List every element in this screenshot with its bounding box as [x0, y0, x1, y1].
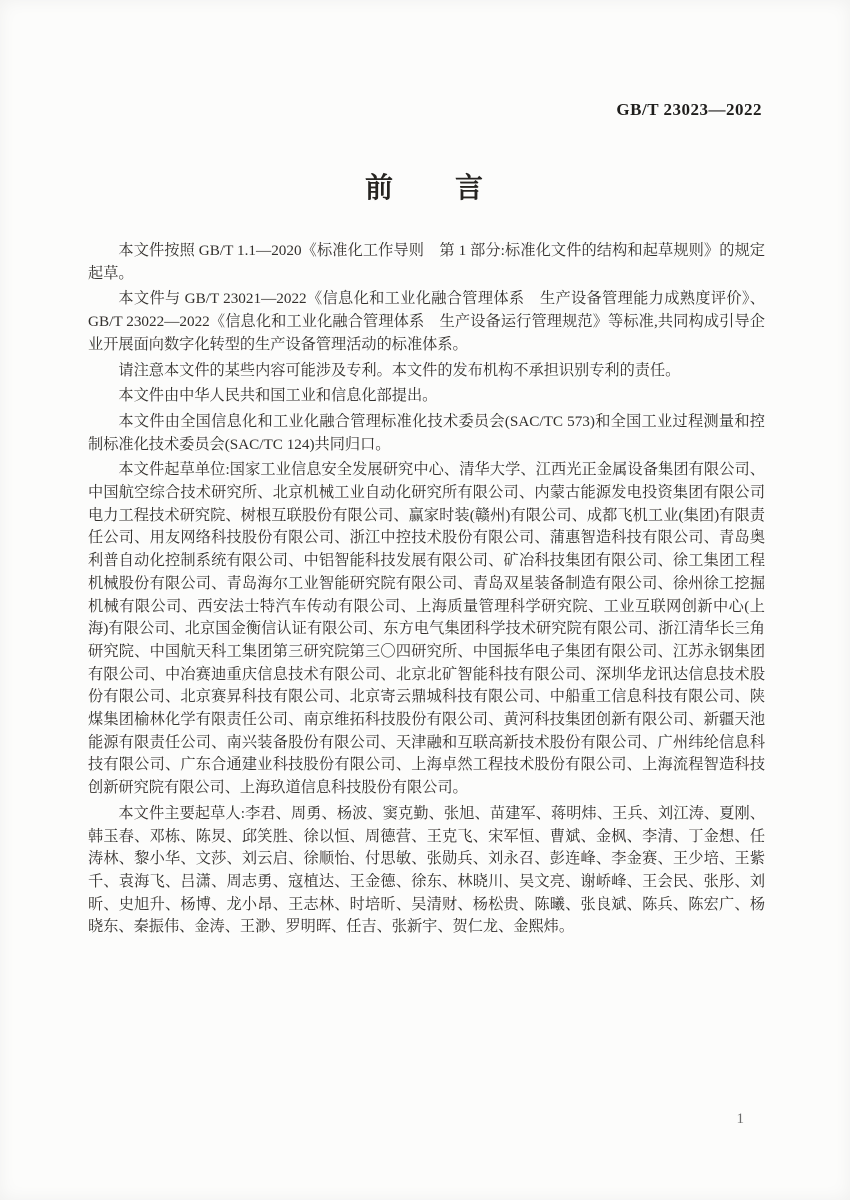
- paragraph-drafting-rules: 本文件按照 GB/T 1.1—2020《标准化工作导则 第 1 部分:标准化文件…: [88, 240, 765, 285]
- paragraph-main-drafters: 本文件主要起草人:李君、周勇、杨波、窦克勤、张旭、苗建军、蒋明炜、王兵、刘江涛、…: [88, 803, 765, 939]
- paragraph-drafting-organizations: 本文件起草单位:国家工业信息安全发展研究中心、清华大学、江西光正金属设备集团有限…: [88, 459, 765, 800]
- standard-code: GB/T 23023—2022: [616, 100, 762, 120]
- paragraph-proposed-by: 本文件由中华人民共和国工业和信息化部提出。: [88, 385, 765, 408]
- foreword-body: 本文件按照 GB/T 1.1—2020《标准化工作导则 第 1 部分:标准化文件…: [88, 240, 765, 939]
- paragraph-patent-notice: 请注意本文件的某些内容可能涉及专利。本文件的发布机构不承担识别专利的责任。: [88, 360, 765, 383]
- paragraph-standard-system: 本文件与 GB/T 23021—2022《信息化和工业化融合管理体系 生产设备管…: [88, 288, 765, 356]
- page-number: 1: [737, 1111, 745, 1128]
- paragraph-centralized-by: 本文件由全国信息化和工业化融合管理标准化技术委员会(SAC/TC 573)和全国…: [88, 411, 765, 456]
- page-title: 前 言: [0, 166, 850, 206]
- document-page: GB/T 23023—2022 前 言 本文件按照 GB/T 1.1—2020《…: [0, 0, 850, 1200]
